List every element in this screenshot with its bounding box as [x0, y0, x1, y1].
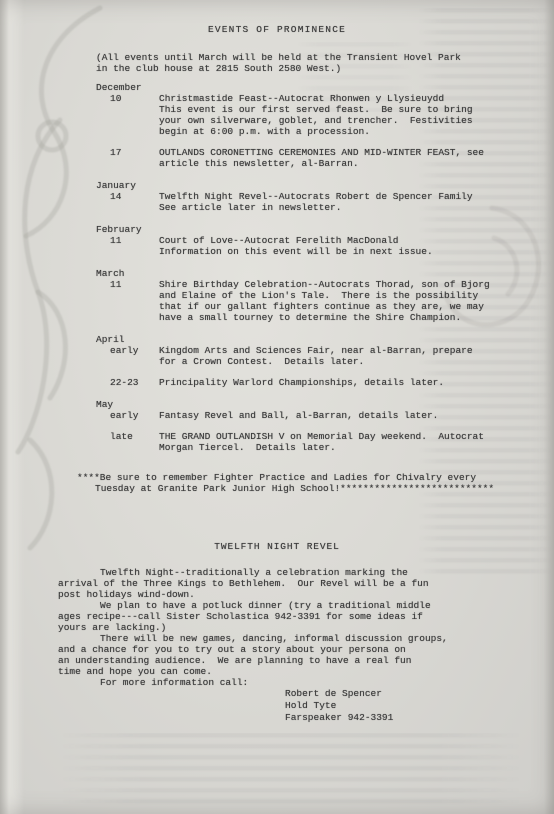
month-label: December: [96, 82, 490, 93]
month-label: February: [96, 224, 490, 235]
event-description: Christmastide Feast--Autocrat Rhonwen y …: [159, 93, 490, 137]
revel-paragraph: We plan to have a potluck dinner (try a …: [58, 600, 488, 633]
event-entry: 22-23 Principality Warlord Championships…: [96, 377, 490, 388]
event-day: late: [96, 431, 159, 453]
event-entry: 17 OUTLANDS CORONETTING CEREMONIES AND M…: [96, 147, 490, 169]
event-description: THE GRAND OUTLANDISH V on Memorial Day w…: [159, 431, 490, 453]
intro-line: (All events until March will be held at …: [96, 52, 461, 63]
event-description: Court of Love--Autocrat Ferelith MacDona…: [159, 235, 490, 257]
event-entry: early Kingdom Arts and Sciences Fair, ne…: [96, 345, 490, 367]
month-section-january: January 14 Twelfth Night Revel--Autocrat…: [96, 180, 490, 213]
event-entry: 14 Twelfth Night Revel--Autocrats Robert…: [96, 191, 490, 213]
contact-name: Robert de Spencer: [285, 688, 488, 700]
event-day: 11: [96, 279, 159, 323]
page-title: EVENTS OF PROMINENCE: [0, 24, 554, 35]
event-entry: 11 Court of Love--Autocrat Ferelith MacD…: [96, 235, 490, 257]
event-day: early: [96, 410, 159, 421]
event-day: 11: [96, 235, 159, 257]
fighter-practice-reminder: ****Be sure to remember Fighter Practice…: [77, 472, 494, 494]
month-label: March: [96, 268, 490, 279]
event-day: 17: [96, 147, 159, 169]
bleed-through-texture: [60, 733, 522, 805]
event-description: Principality Warlord Championships, deta…: [159, 377, 490, 388]
contact-block: Robert de Spencer Hold Tyte Farspeaker 9…: [285, 688, 488, 724]
month-section-april: April early Kingdom Arts and Sciences Fa…: [96, 334, 490, 388]
month-section-may: May early Fantasy Revel and Ball, al-Bar…: [96, 399, 490, 453]
event-day: 10: [96, 93, 159, 137]
event-description: Twelfth Night Revel--Autocrats Robert de…: [159, 191, 490, 213]
intro-line: in the club house at 2815 South 2580 Wes…: [96, 63, 461, 74]
event-entry: 11 Shire Birthday Celebration--Autocrats…: [96, 279, 490, 323]
events-list: December 10 Christmastide Feast--Autocra…: [96, 82, 490, 453]
event-entry: late THE GRAND OUTLANDISH V on Memorial …: [96, 431, 490, 453]
event-description: Shire Birthday Celebration--Autocrats Th…: [159, 279, 490, 323]
reminder-line: ****Be sure to remember Fighter Practice…: [77, 472, 494, 483]
event-description: Kingdom Arts and Sciences Fair, near al-…: [159, 345, 490, 367]
month-section-december: December 10 Christmastide Feast--Autocra…: [96, 82, 490, 169]
section-heading-twelfth-night-revel: TWELFTH NIGHT REVEL: [0, 541, 554, 552]
contact-household: Hold Tyte: [285, 700, 488, 712]
reminder-line: Tuesday at Granite Park Junior High Scho…: [77, 483, 494, 494]
month-label: May: [96, 399, 490, 410]
month-section-february: February 11 Court of Love--Autocrat Fere…: [96, 224, 490, 257]
intro-note: (All events until March will be held at …: [96, 52, 461, 74]
month-section-march: March 11 Shire Birthday Celebration--Aut…: [96, 268, 490, 323]
event-day: 22-23: [96, 377, 159, 388]
event-day: 14: [96, 191, 159, 213]
more-info-line: For more information call:: [58, 677, 488, 688]
revel-paragraph: Twelfth Night--traditionally a celebrati…: [58, 567, 488, 600]
month-label: January: [96, 180, 490, 191]
newsletter-page: EVENTS OF PROMINENCE (All events until M…: [0, 0, 554, 814]
twelfth-night-revel-body: Twelfth Night--traditionally a celebrati…: [58, 567, 488, 724]
event-entry: 10 Christmastide Feast--Autocrat Rhonwen…: [96, 93, 490, 137]
revel-paragraph: There will be new games, dancing, inform…: [58, 633, 488, 677]
event-entry: early Fantasy Revel and Ball, al-Barran,…: [96, 410, 490, 421]
event-day: early: [96, 345, 159, 367]
event-description: Fantasy Revel and Ball, al-Barran, detai…: [159, 410, 490, 421]
event-description: OUTLANDS CORONETTING CEREMONIES AND MID-…: [159, 147, 490, 169]
contact-phone: Farspeaker 942-3391: [285, 712, 488, 724]
month-label: April: [96, 334, 490, 345]
